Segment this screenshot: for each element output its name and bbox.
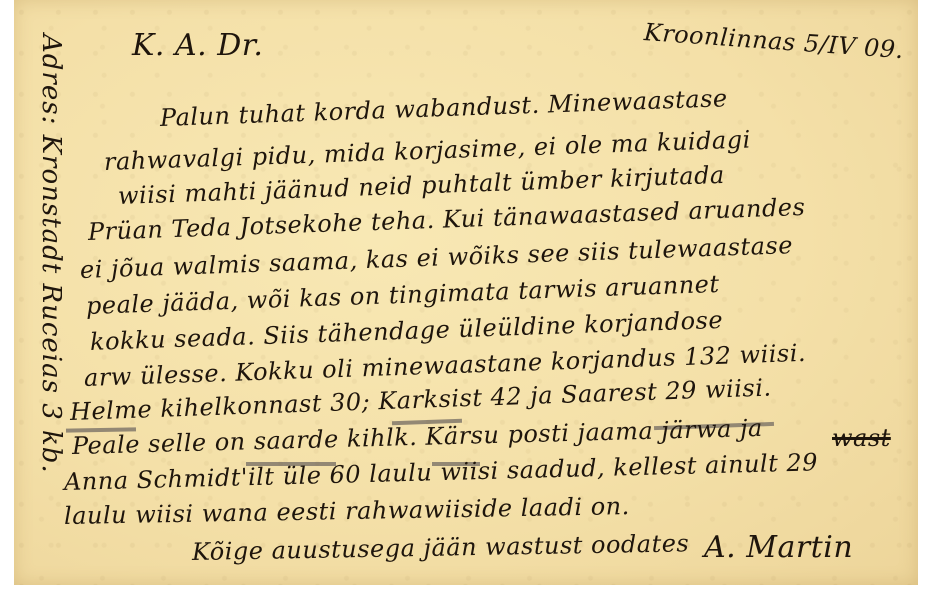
sidebar-address: Adres: Kronstadt Ruceias 3 kb. [36, 34, 66, 474]
salutation: K. A. Dr. [132, 28, 263, 63]
signature: A. Martin [704, 530, 853, 565]
body-line-12: laulu wiisi wana eesti rahwawiiside laad… [64, 492, 630, 530]
postcard: Adres: Kronstadt Ruceias 3 kb. K. A. Dr.… [14, 0, 918, 585]
place-date: Kroonlinnas 5/IV 09. [643, 18, 905, 64]
body-line-1: Palun tuhat korda wabandust. Minewaastas… [160, 84, 729, 132]
closing: Kõige auustusega jään wastust oodates [192, 529, 690, 566]
struck-word: wast [832, 424, 891, 452]
